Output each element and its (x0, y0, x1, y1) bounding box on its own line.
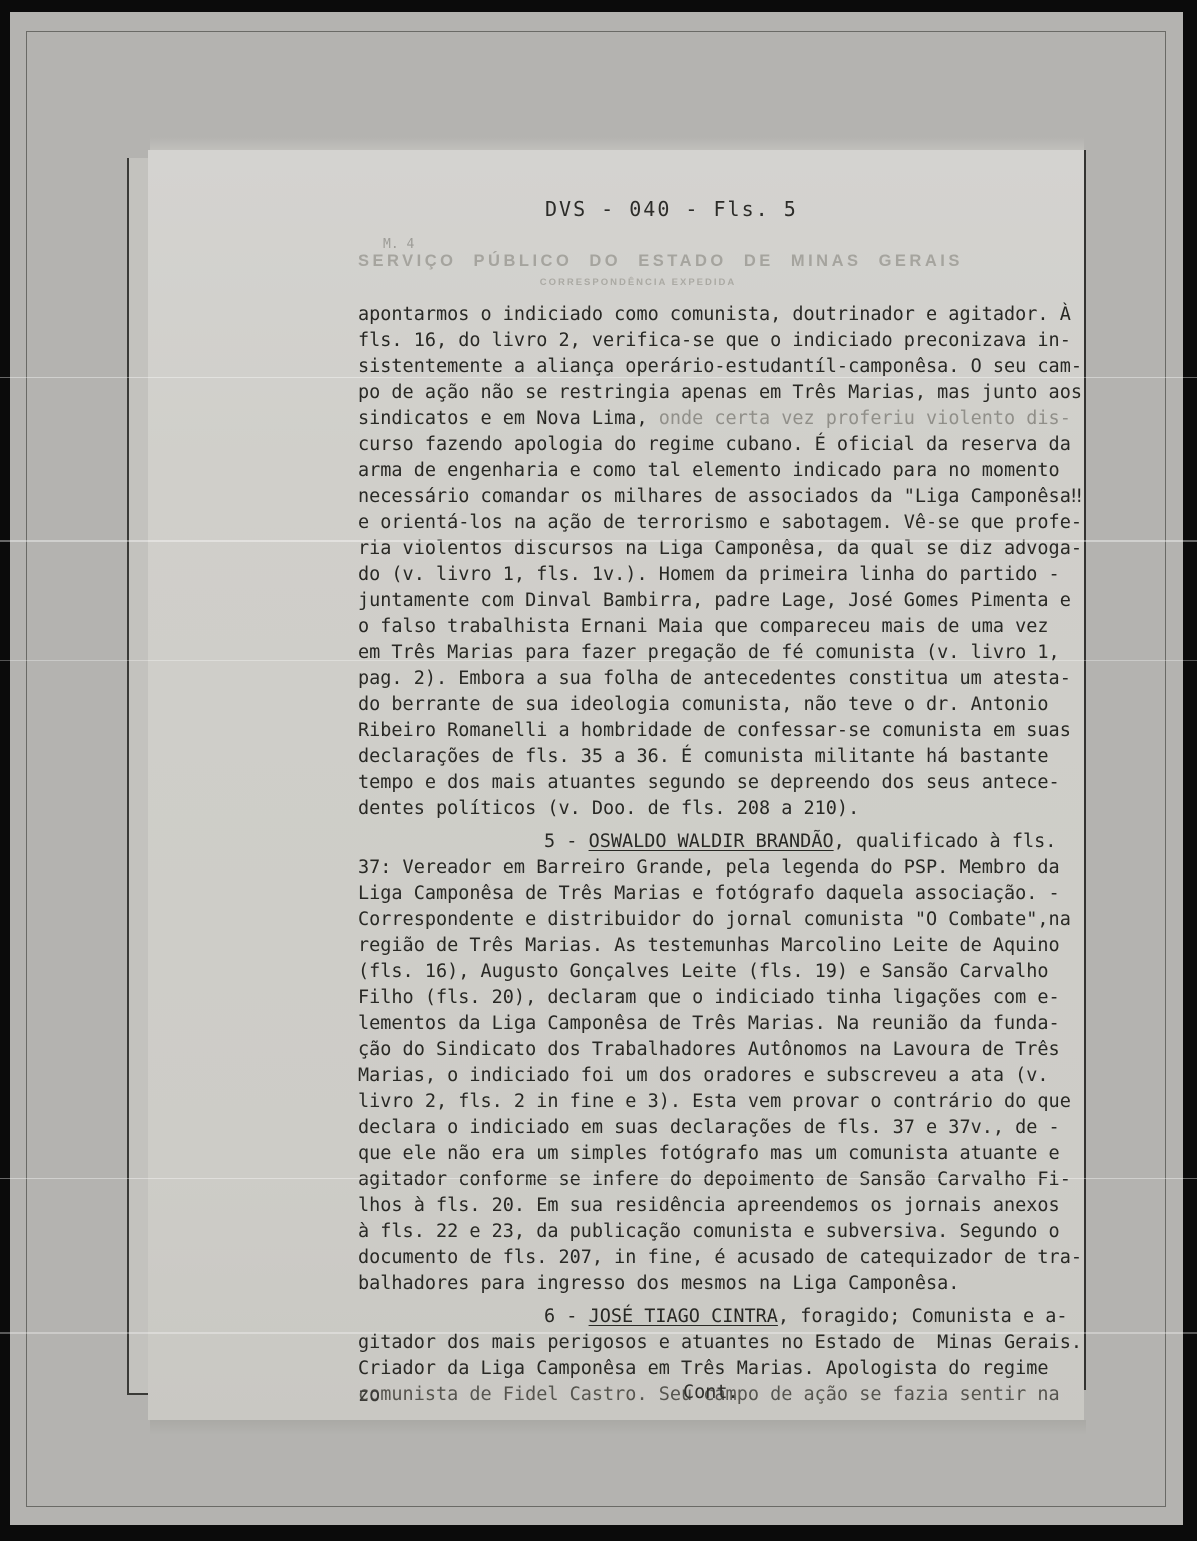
item-number: 6 - (544, 1306, 589, 1327)
continuation-mark: Cont. (683, 1382, 739, 1403)
text-line: balhadores para ingresso dos mesmos na L… (358, 1271, 1090, 1297)
text-line: arma de engenharia e como tal elemento i… (358, 458, 1090, 484)
text-line: 6 - JOSÉ TIAGO CINTRA, foragido; Comunis… (358, 1304, 1090, 1330)
text-line: dentes políticos (v. Doo. de fls. 208 a … (358, 796, 1090, 822)
text-line: Criador da Liga Camponêsa em Três Marias… (358, 1356, 1090, 1382)
text-line: livro 2, fls. 2 in fine e 3). Esta vem p… (358, 1089, 1090, 1115)
text-line: o falso trabalhista Ernani Maia que comp… (358, 614, 1090, 640)
item-number: 5 - (544, 831, 589, 852)
text-line: que ele não era um simples fotógrafo mas… (358, 1141, 1090, 1167)
text-line: do (v. livro 1, fls. 1v.). Homem da prim… (358, 562, 1090, 588)
text-line: Filho (fls. 20), declaram que o indiciad… (358, 985, 1090, 1011)
line-text: , qualificado à fls. (834, 831, 1057, 852)
person-name: OSWALDO WALDIR BRANDÃO (589, 831, 834, 852)
line-text: , foragido; Comunista e a- (778, 1306, 1068, 1327)
text-line: 37: Vereador em Barreiro Grande, pela le… (358, 855, 1090, 881)
text-line: documento de fls. 207, in fine, é acusad… (358, 1245, 1090, 1271)
text-line: Correspondente e distribuidor do jornal … (358, 907, 1090, 933)
scanned-document-photo: { "page": { "doc_ref": "DVS - 040 - Fls.… (0, 0, 1197, 1541)
faded-line-text: onde certa vez proferiu violento dis- (659, 408, 1071, 429)
paragraph: apontarmos o indiciado como comunista, d… (358, 302, 1090, 822)
text-line: necessário comandar os milhares de assoc… (358, 484, 1090, 510)
text-line: (fls. 16), Augusto Gonçalves Leite (fls.… (358, 959, 1090, 985)
text-line: do berrante de sua ideologia comunista, … (358, 692, 1090, 718)
person-name: JOSÉ TIAGO CINTRA (589, 1306, 778, 1327)
line-text: sindicatos e em Nova Lima, (358, 408, 659, 429)
page-bottom-shadow (150, 1420, 1086, 1435)
text-line: declarações de fls. 35 a 36. É comunista… (358, 744, 1090, 770)
doc-reference: DVS - 040 - Fls. 5 (545, 197, 798, 221)
letterhead-subtitle: CORRESPONDÊNCIA EXPEDIDA (358, 277, 918, 288)
text-line: tempo e dos mais atuantes segundo se dep… (358, 770, 1090, 796)
text-line: região de Três Marias. As testemunhas Ma… (358, 933, 1090, 959)
letterhead-form-code: M. 4 (383, 237, 414, 252)
text-line: lementos da Liga Camponêsa de Três Maria… (358, 1011, 1090, 1037)
text-line: sistentemente a aliança operário-estudan… (358, 354, 1090, 380)
text-line: curso fazendo apologia do regime cubano.… (358, 432, 1090, 458)
text-line: e orientá-los na ação de terrorismo e sa… (358, 510, 1090, 536)
text-line: fls. 16, do livro 2, verifica-se que o i… (358, 328, 1090, 354)
text-line: Ribeiro Romanelli a hombridade de confes… (358, 718, 1090, 744)
letterhead-title: SERVIÇO PÚBLICO DO ESTADO DE MINAS GERAI… (358, 252, 918, 271)
text-line: ção do Sindicato dos Trabalhadores Autôn… (358, 1037, 1090, 1063)
text-line: sindicatos e em Nova Lima, onde certa ve… (358, 406, 1090, 432)
text-line: Liga Camponêsa de Três Marias e fotógraf… (358, 881, 1090, 907)
text-line: declara o indiciado em suas declarações … (358, 1115, 1090, 1141)
underlying-page-edge (127, 158, 150, 1395)
text-line: ria violentos discursos na Liga Camponês… (358, 536, 1090, 562)
text-line: po de ação não se restringia apenas em T… (358, 380, 1090, 406)
text-line: apontarmos o indiciado como comunista, d… (358, 302, 1090, 328)
text-line: juntamente com Dinval Bambirra, padre La… (358, 588, 1090, 614)
text-line: 5 - OSWALDO WALDIR BRANDÃO, qualificado … (358, 829, 1090, 855)
text-line: pag. 2). Embora a sua folha de anteceden… (358, 666, 1090, 692)
text-line: à fls. 22 e 23, da publicação comunista … (358, 1219, 1090, 1245)
text-line: agitador conforme se infere do depoiment… (358, 1167, 1090, 1193)
paragraph: 5 - OSWALDO WALDIR BRANDÃO, qualificado … (358, 829, 1090, 1297)
text-line: Marias, o indiciado foi um dos oradores … (358, 1063, 1090, 1089)
text-line: gitador dos mais perigosos e atuantes no… (358, 1330, 1090, 1356)
text-line: em Três Marias para fazer pregação de fé… (358, 640, 1090, 666)
footer-note: zo (358, 1385, 380, 1406)
text-line: lhos à fls. 20. Em sua residência apreen… (358, 1193, 1090, 1219)
body-text: apontarmos o indiciado como comunista, d… (358, 302, 1090, 1408)
